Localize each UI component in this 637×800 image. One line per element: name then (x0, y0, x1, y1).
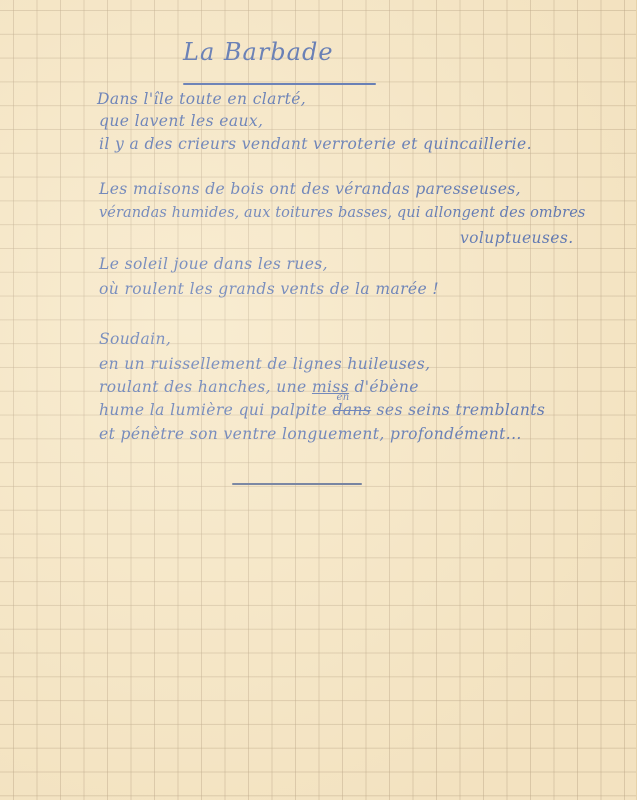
inserted-correction: en (336, 392, 349, 403)
poem-line: Les maisons de bois ont des vérandas par… (99, 180, 521, 198)
handwritten-page: La Barbade Dans l'île toute en clarté, q… (0, 0, 637, 800)
poem-title: La Barbade (183, 38, 334, 66)
closing-rule (232, 483, 362, 485)
poem-line: hume la lumière qui palpite dansen ses s… (99, 401, 545, 419)
poem-text: hume la lumière qui palpite (99, 401, 332, 419)
poem-text: ses seins tremblants (371, 401, 545, 419)
poem-line: voluptueuses. (460, 229, 574, 247)
poem-line: que lavent les eaux, (99, 112, 263, 130)
poem-line: il y a des crieurs vendant verroterie et… (99, 135, 532, 153)
poem-line: vérandas humides, aux toitures basses, q… (99, 205, 585, 221)
poem-line: roulant des hanches, une miss d'ébène (99, 378, 419, 396)
poem-line: Le soleil joue dans les rues, (99, 255, 328, 273)
poem-line: où roulent les grands vents de la marée … (99, 280, 439, 298)
struck-text: dans (332, 401, 371, 419)
poem-line: Soudain, (99, 330, 171, 348)
poem-text: d'ébène (349, 378, 419, 396)
poem-line: et pénètre son ventre longuement, profon… (99, 425, 522, 443)
title-underline (183, 83, 376, 85)
poem-line: en un ruissellement de lignes huileuses, (99, 355, 430, 373)
poem-text: roulant des hanches, une (99, 378, 312, 396)
poem-line: Dans l'île toute en clarté, (97, 90, 306, 108)
struck-word: dansen (332, 401, 371, 419)
